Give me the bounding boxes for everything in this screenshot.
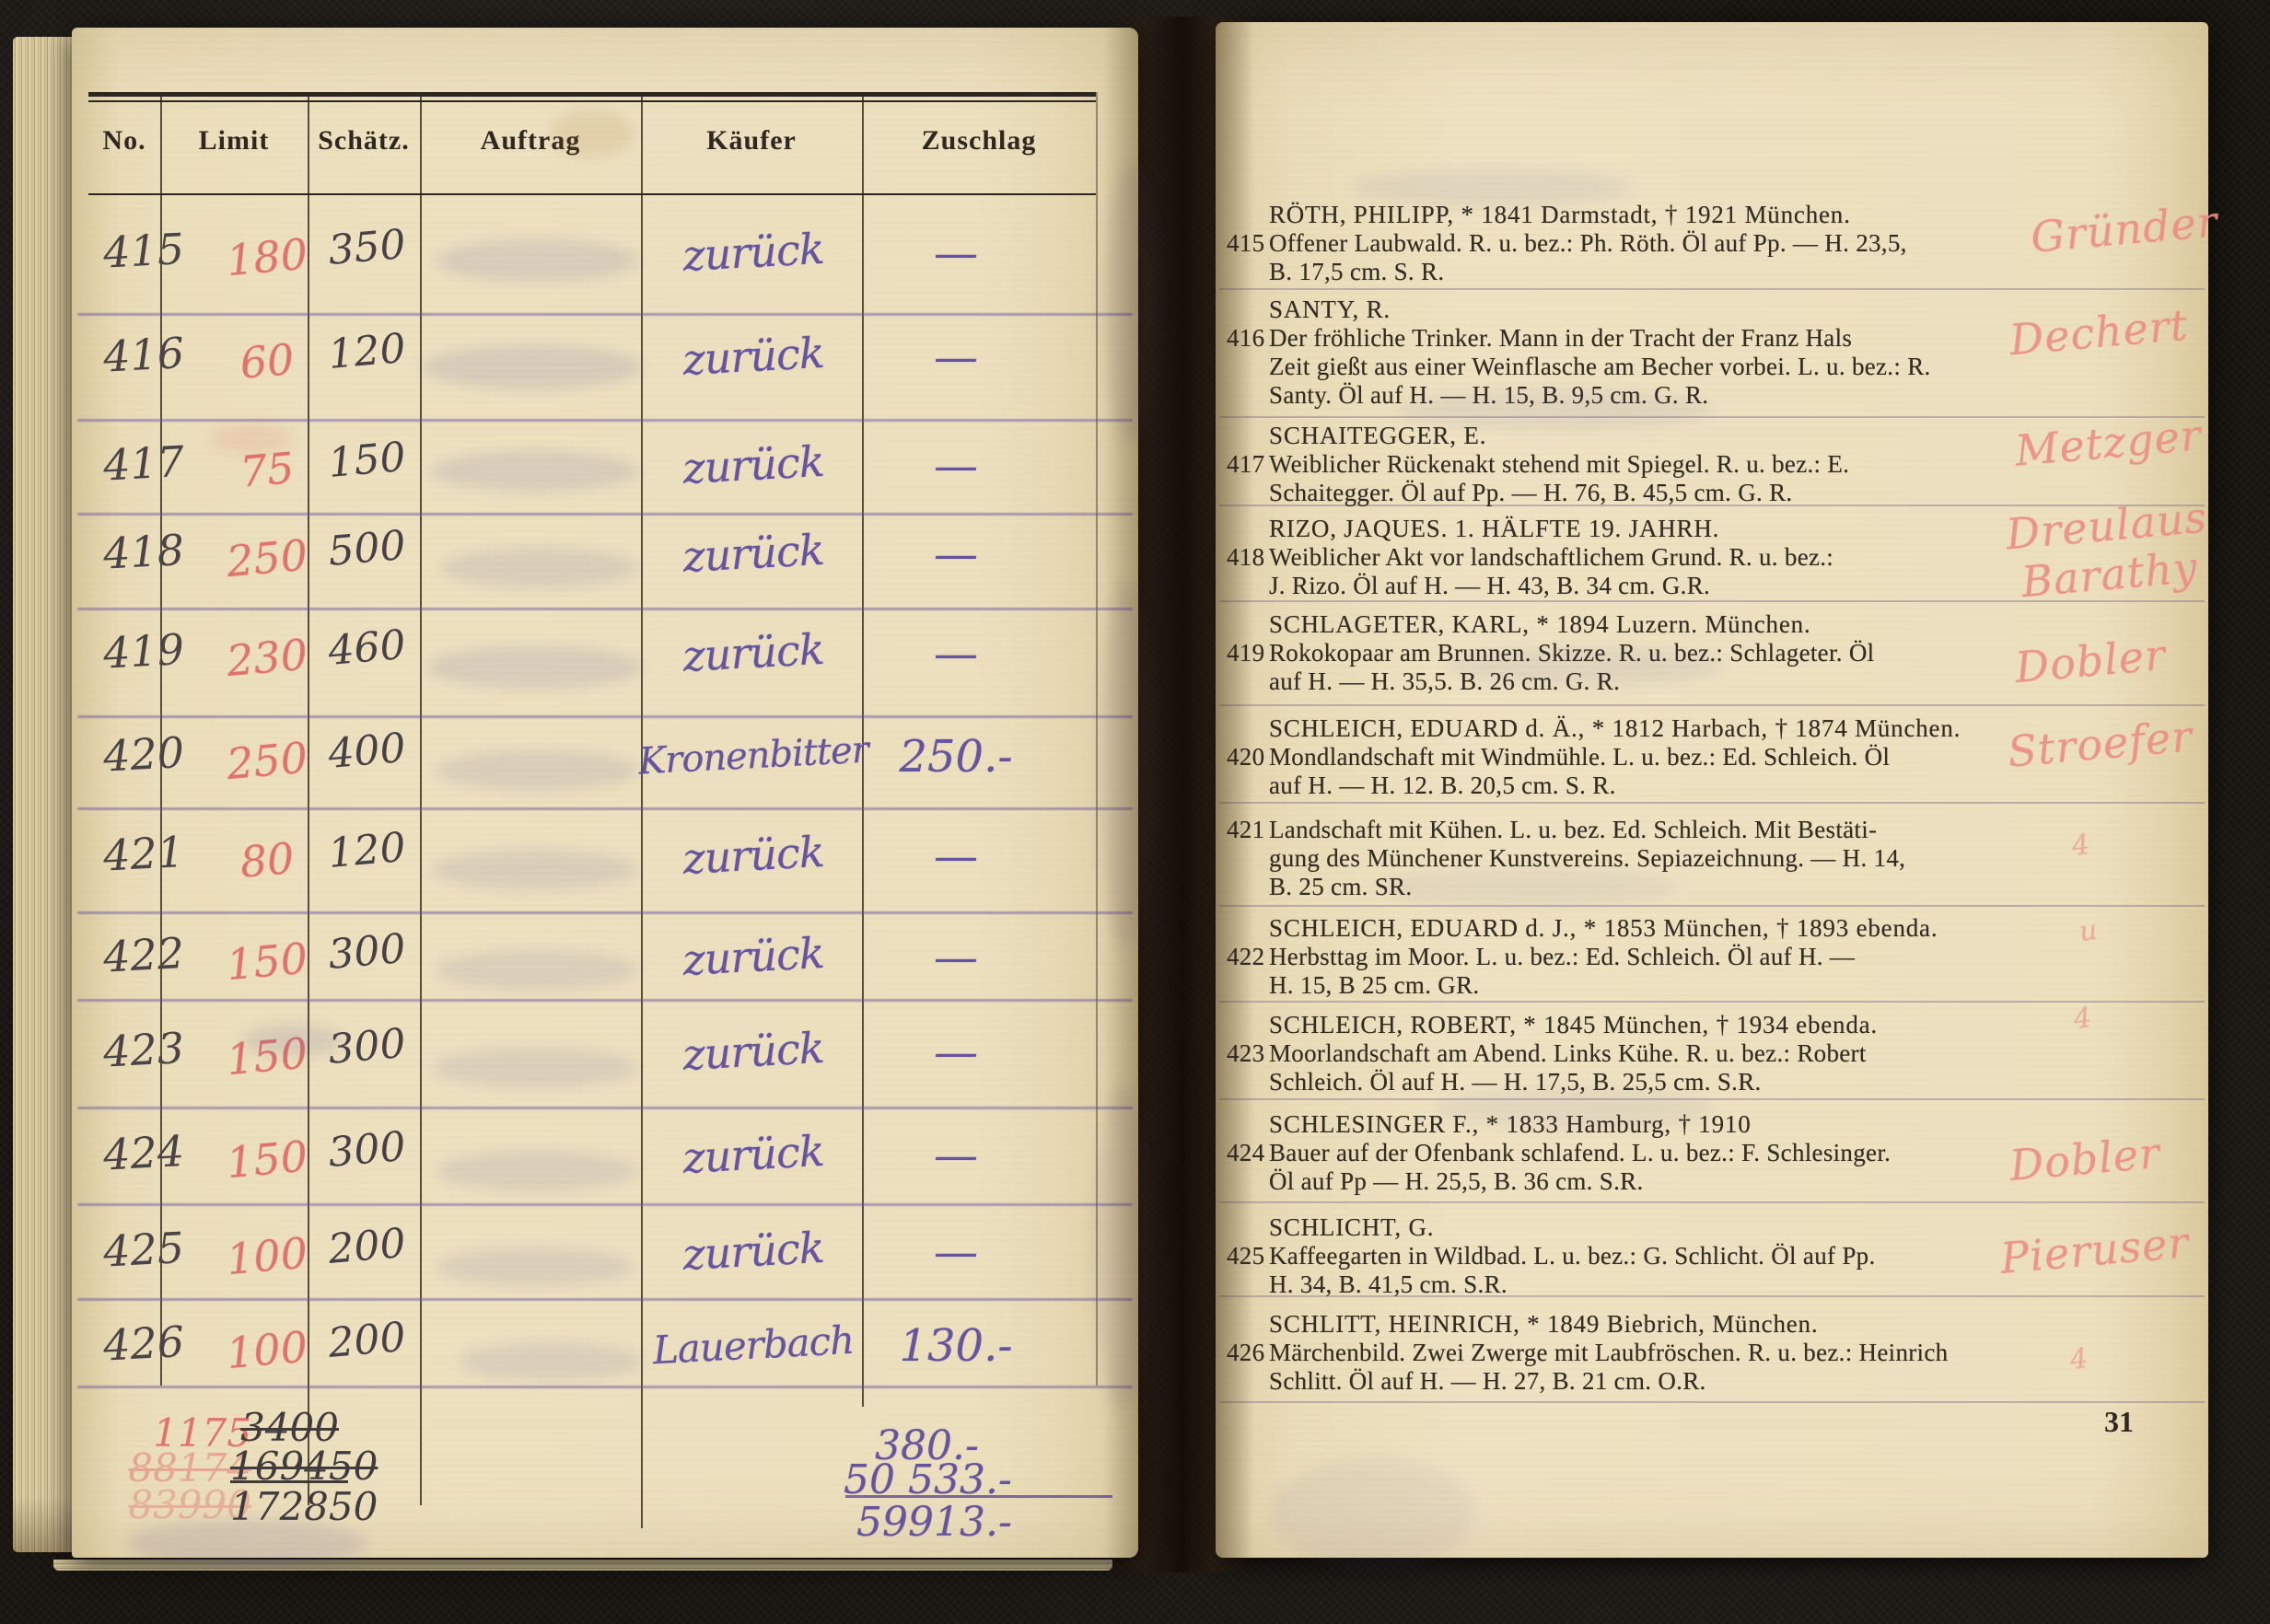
entry-text: Schlitt. Öl auf H. — H. 27, B. 21 cm. O.… bbox=[1227, 1367, 2042, 1396]
hammer-cell: 130.- bbox=[859, 1320, 1053, 1372]
artist-line: SCHLEICH, ROBERT, * 1845 München, † 1934… bbox=[1227, 1011, 2042, 1039]
lot-no-cell: 417 bbox=[87, 435, 201, 491]
entry-separator bbox=[1219, 416, 2205, 418]
buyer-cell: zurück bbox=[622, 621, 885, 685]
catalog-entry: SCHLICHT, G. 425Kaffeegarten in Wildbad.… bbox=[1227, 1213, 2042, 1299]
entry-separator bbox=[1219, 905, 2205, 907]
column-divider bbox=[641, 92, 643, 1528]
ink-bleed bbox=[436, 239, 638, 282]
entry-text: Herbsttag im Moor. L. u. bez.: Ed. Schle… bbox=[1269, 943, 1855, 970]
catalog-page: RÖTH, PHILIPP, * 1841 Darmstadt, † 1921 … bbox=[1216, 22, 2208, 1558]
column-divider bbox=[308, 92, 309, 1505]
hammer-cell: — bbox=[859, 628, 1053, 679]
lot-no-cell: 415 bbox=[87, 223, 201, 278]
entry-text: Offener Laubwald. R. u. bez.: Ph. Röth. … bbox=[1269, 229, 1907, 257]
table-top-rule bbox=[88, 92, 1096, 97]
ink-bleed bbox=[431, 850, 638, 890]
lot-no-cell: 419 bbox=[87, 623, 201, 679]
header-zuschlag: Zuschlag bbox=[922, 125, 1037, 157]
ink-bleed bbox=[1354, 169, 1630, 206]
buyer-cell: zurück bbox=[622, 221, 885, 284]
buyer-cell: zurück bbox=[622, 434, 885, 497]
artist-line: RÖTH, PHILIPP, * 1841 Darmstadt, † 1921 … bbox=[1227, 201, 2042, 229]
catalog-entry: RÖTH, PHILIPP, * 1841 Darmstadt, † 1921 … bbox=[1227, 201, 2042, 286]
page-stack-edge bbox=[13, 37, 74, 1552]
hammer-cell: — bbox=[859, 331, 1053, 383]
header-underline bbox=[88, 193, 1096, 195]
hammer-cell: — bbox=[859, 932, 1053, 983]
entry-separator bbox=[1219, 1201, 2205, 1203]
entry-text: Der fröhliche Trinker. Mann in der Trach… bbox=[1269, 324, 1852, 352]
page-number: 31 bbox=[2104, 1405, 2134, 1439]
hammer-cell: — bbox=[859, 227, 1053, 279]
lot-no-cell: 422 bbox=[87, 927, 201, 982]
ink-bleed bbox=[1271, 1458, 1473, 1569]
estimate-cell: 120 bbox=[303, 323, 431, 381]
row-separator bbox=[77, 911, 1133, 914]
entry-text: Landschaft mit Kühen. L. u. bez. Ed. Sch… bbox=[1269, 816, 1877, 843]
ink-bleed bbox=[431, 451, 638, 492]
catalog-entry: SCHLEICH, EDUARD d. J., * 1853 München, … bbox=[1227, 914, 2042, 1000]
estimate-cell: 400 bbox=[303, 723, 431, 781]
entry-text: gung des Münchener Kunstvereins. Sepiaze… bbox=[1227, 844, 2042, 873]
hammer-cell: — bbox=[859, 1226, 1053, 1278]
margin-annotation: Metzger bbox=[2013, 410, 2204, 475]
hammer-cell: — bbox=[859, 830, 1053, 882]
lot-no-cell: 424 bbox=[87, 1125, 201, 1180]
catalog-entry: SCHLEICH, ROBERT, * 1845 München, † 1934… bbox=[1227, 1011, 2042, 1096]
entry-text: H. 15, B 25 cm. GR. bbox=[1227, 971, 2042, 1000]
buyer-cell: zurück bbox=[622, 925, 885, 989]
estimate-cell: 200 bbox=[303, 1218, 431, 1276]
buyer-cell: zurück bbox=[622, 325, 885, 389]
estimate-cell: 120 bbox=[303, 822, 431, 880]
buyer-cell: zurück bbox=[622, 824, 885, 887]
entry-separator bbox=[1219, 288, 2205, 290]
buyer-cell: zurück bbox=[622, 1123, 885, 1187]
header-kaeufer: Käufer bbox=[706, 125, 797, 157]
entry-text: Mondlandschaft mit Windmühle. L. u. bez.… bbox=[1269, 743, 1890, 771]
lot-no-cell: 416 bbox=[87, 327, 201, 382]
table-top-rule-2 bbox=[88, 100, 1096, 102]
entry-separator bbox=[1219, 1001, 2205, 1003]
entry-text: Kaffeegarten in Wildbad. L. u. bez.: G. … bbox=[1269, 1242, 1876, 1270]
estimate-cell: 300 bbox=[303, 1121, 431, 1179]
artist-line: RIZO, JAQUES. 1. HÄLFTE 19. JAHRH. bbox=[1227, 515, 2042, 543]
lot-no-cell: 420 bbox=[87, 726, 201, 782]
entry-text: J. Rizo. Öl auf H. — H. 43, B. 34 cm. G.… bbox=[1227, 572, 2042, 600]
entry-separator bbox=[1219, 704, 2205, 706]
lot-no-cell: 426 bbox=[87, 1316, 201, 1371]
row-separator bbox=[77, 1386, 1133, 1388]
estimate-cell: 300 bbox=[303, 923, 431, 981]
entry-text: Zeit gießt aus einer Weinflasche am Bech… bbox=[1227, 353, 2042, 381]
entry-text: B. 17,5 cm. S. R. bbox=[1227, 258, 2042, 286]
ink-bleed bbox=[440, 548, 638, 588]
ink-bleed bbox=[422, 345, 643, 389]
hammer-cell: — bbox=[859, 1130, 1053, 1181]
ink-bleed bbox=[459, 1342, 643, 1381]
lot-no-cell: 418 bbox=[87, 524, 201, 579]
hammer-cell: — bbox=[859, 1027, 1053, 1078]
lot-no-cell: 421 bbox=[87, 826, 201, 881]
margin-tick: 4 bbox=[2072, 1002, 2095, 1036]
entry-text: Moorlandschaft am Abend. Links Kühe. R. … bbox=[1269, 1039, 1867, 1067]
row-separator bbox=[77, 715, 1133, 718]
entry-text: Weiblicher Rückenakt stehend mit Spiegel… bbox=[1269, 450, 1849, 478]
artist-line: SCHLICHT, G. bbox=[1227, 1213, 2042, 1242]
catalog-entry: SCHLITT, HEINRICH, * 1849 Biebrich, Münc… bbox=[1227, 1310, 2042, 1396]
row-separator bbox=[77, 1203, 1133, 1206]
artist-line: SCHLEICH, EDUARD d. J., * 1853 München, … bbox=[1227, 914, 2042, 943]
buyer-cell: zurück bbox=[622, 522, 885, 586]
catalog-entry: SCHLEICH, EDUARD d. Ä., * 1812 Harbach, … bbox=[1227, 714, 2042, 800]
lot-no-cell: 423 bbox=[87, 1022, 201, 1077]
row-separator bbox=[77, 313, 1133, 316]
entry-text: Weiblicher Akt vor landschaftlichem Grun… bbox=[1269, 543, 1833, 571]
sum-rule bbox=[230, 1480, 348, 1483]
artist-line: SCHLEICH, EDUARD d. Ä., * 1812 Harbach, … bbox=[1227, 714, 2042, 743]
ink-bleed bbox=[431, 1048, 638, 1088]
buyer-cell: Kronenbitter bbox=[622, 728, 885, 784]
row-separator bbox=[77, 608, 1133, 610]
ink-bleed bbox=[436, 750, 638, 791]
ink-bleed bbox=[436, 1247, 634, 1286]
margin-tick: u bbox=[2078, 914, 2101, 948]
column-divider bbox=[420, 92, 422, 1505]
gutter-shadow bbox=[1103, 17, 1254, 1572]
header-schaetz: Schätz. bbox=[318, 125, 410, 157]
estimate-cell: 350 bbox=[303, 219, 431, 277]
entry-text: Schaitegger. Öl auf Pp. — H. 76, B. 45,5… bbox=[1227, 479, 2042, 507]
stain bbox=[551, 110, 634, 157]
artist-line: SCHLAGETER, KARL, * 1894 Luzern. München… bbox=[1227, 610, 2042, 639]
ink-bleed bbox=[436, 1151, 638, 1191]
ink-bleed bbox=[1381, 869, 1676, 906]
estimate-cell: 460 bbox=[303, 620, 431, 678]
row-separator bbox=[77, 807, 1133, 810]
ink-bleed bbox=[426, 646, 643, 689]
hammer-grand-total: 59913.- bbox=[856, 1499, 1012, 1546]
ink-bleed bbox=[1446, 648, 1722, 685]
row-separator bbox=[77, 1298, 1133, 1301]
header-no: No. bbox=[102, 125, 146, 157]
entry-text: auf H. — H. 12. B. 20,5 cm. S. R. bbox=[1227, 771, 2042, 800]
ink-bleed bbox=[210, 423, 293, 455]
estimate-cell: 500 bbox=[303, 520, 431, 578]
buyer-cell: zurück bbox=[622, 1220, 885, 1283]
estimate-cell: 200 bbox=[303, 1312, 431, 1370]
sum-rule bbox=[845, 1495, 1112, 1498]
row-separator bbox=[77, 513, 1133, 516]
entry-text: H. 34, B. 41,5 cm. S.R. bbox=[1227, 1270, 2042, 1299]
buyer-cell: zurück bbox=[622, 1020, 885, 1084]
entry-separator bbox=[1219, 1401, 2205, 1403]
hammer-cell: — bbox=[859, 528, 1053, 580]
hammer-cell: — bbox=[859, 440, 1053, 492]
buyer-cell: Lauerbach bbox=[622, 1316, 885, 1375]
ink-bleed bbox=[1400, 390, 1713, 429]
entry-text: Bauer auf der Ofenbank schlafend. L. u. … bbox=[1269, 1139, 1891, 1166]
row-separator bbox=[77, 1107, 1133, 1109]
hammer-cell: 250.- bbox=[859, 731, 1053, 783]
entry-separator bbox=[1219, 802, 2205, 804]
ink-bleed bbox=[127, 1519, 367, 1567]
header-limit: Limit bbox=[199, 125, 270, 157]
lot-no-cell: 425 bbox=[87, 1222, 201, 1277]
entry-text: Öl auf Pp — H. 25,5, B. 36 cm. S.R. bbox=[1227, 1167, 2042, 1196]
ink-bleed bbox=[242, 1025, 343, 1056]
ledger-page: No. Limit Schätz. Auftrag Käufer Zuschla… bbox=[72, 28, 1138, 1558]
ink-bleed bbox=[1437, 1090, 1713, 1127]
margin-tick: 4 bbox=[2068, 1342, 2091, 1376]
entry-text: Märchenbild. Zwei Zwerge mit Laubfrösche… bbox=[1269, 1339, 1948, 1366]
estimate-cell: 150 bbox=[303, 432, 431, 490]
catalog-entry: SCHAITEGGER, E. 417Weiblicher Rückenakt … bbox=[1227, 422, 2042, 507]
row-separator bbox=[77, 999, 1133, 1002]
artist-line: SCHLITT, HEINRICH, * 1849 Biebrich, Münc… bbox=[1227, 1310, 2042, 1339]
entry-separator bbox=[1219, 1098, 2205, 1100]
row-separator bbox=[77, 419, 1133, 422]
artist-line: SANTY, R. bbox=[1227, 296, 2042, 324]
catalog-entry: RIZO, JAQUES. 1. HÄLFTE 19. JAHRH. 418We… bbox=[1227, 515, 2042, 600]
margin-tick: 4 bbox=[2070, 829, 2093, 863]
ink-bleed bbox=[436, 950, 638, 991]
margin-annotation: Gründer bbox=[2029, 196, 2220, 262]
